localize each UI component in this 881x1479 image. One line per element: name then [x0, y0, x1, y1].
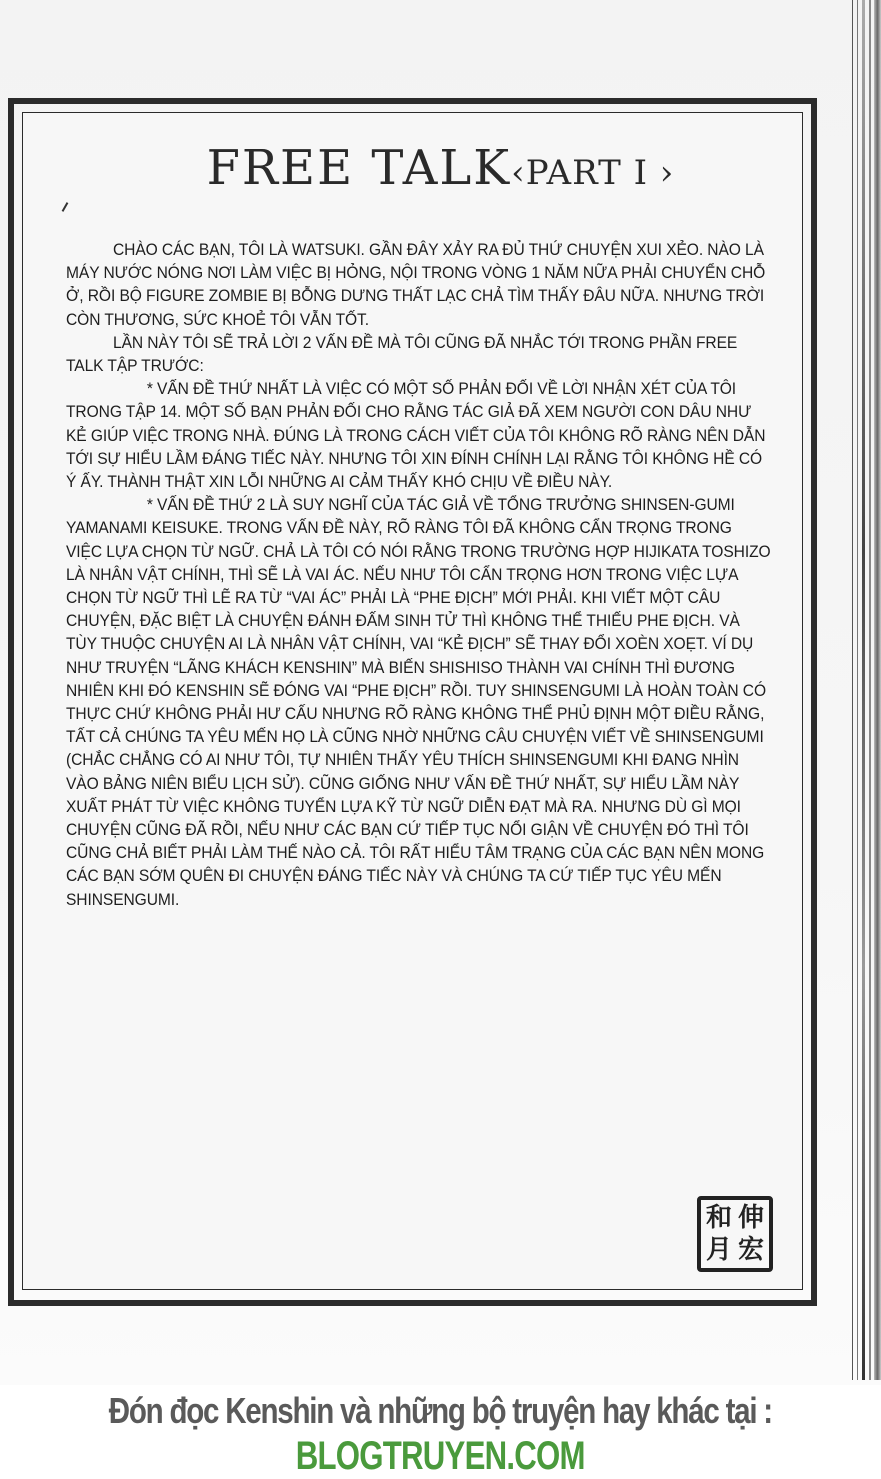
page-edge-line [869, 0, 871, 1380]
title-main: FREE TALK [207, 140, 512, 196]
free-talk-body: CHÀO CÁC BẠN, TÔI LÀ WATSUKI. GẦN ĐÂY XẢ… [66, 238, 771, 911]
paragraph-issue-one: * VẤN ĐỀ THỨ NHẤT LÀ VIỆC CÓ MỘT SỐ PHẢN… [66, 377, 771, 493]
page-edge-line [857, 0, 858, 1380]
promo-banner: Đón đọc Kenshin và những bộ truyện hay k… [0, 1390, 881, 1479]
promo-text: Đón đọc Kenshin và những bộ truyện hay k… [109, 1390, 772, 1432]
page-edge-line [862, 0, 865, 1380]
title-part: ‹PART I › [511, 153, 674, 193]
site-link[interactable]: BLOGTRUYEN.COM [296, 1434, 585, 1479]
seal-char: 和 [703, 1205, 735, 1231]
paragraph-greeting: CHÀO CÁC BẠN, TÔI LÀ WATSUKI. GẦN ĐÂY XẢ… [66, 238, 771, 331]
page-edge-line [874, 0, 881, 1380]
page-title: FREE TALK‹PART I › [0, 140, 881, 196]
seal-char: 月 [703, 1237, 735, 1263]
seal-char: 伸 [735, 1205, 767, 1231]
paragraph-issue-two: * VẤN ĐỀ THỨ 2 LÀ SUY NGHĨ CỦA TÁC GIẢ V… [66, 493, 771, 911]
author-seal-stamp: 和 伸 月 宏 [697, 1196, 773, 1272]
page-edge-line [852, 0, 853, 1380]
seal-char: 宏 [735, 1237, 767, 1263]
paragraph-intro: LẦN NÀY TÔI SẼ TRẢ LỜI 2 VẤN ĐỀ MÀ TÔI C… [66, 331, 771, 377]
